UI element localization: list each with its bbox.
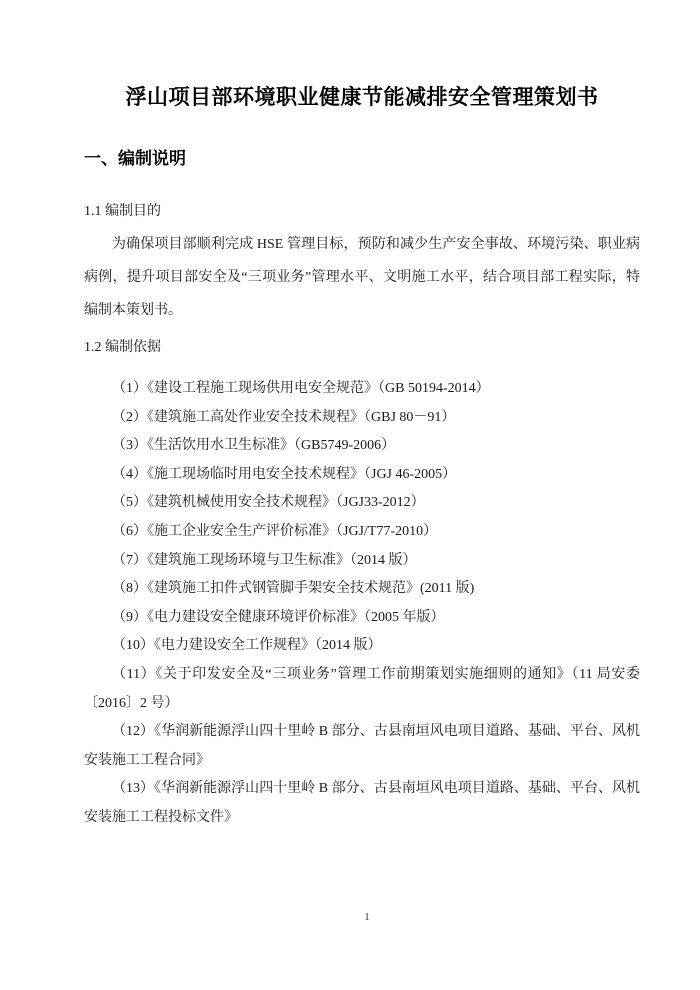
reference-item-1: （1）《建设工程施工现场供用电安全规范》（GB 50194-2014）	[84, 375, 640, 404]
subsection-1-1-heading: 1.1 编制目的	[84, 202, 640, 222]
subsection-1-2-heading: 1.2 编制依据	[84, 338, 640, 358]
document-page: 浮山项目部环境职业健康节能减排安全管理策划书 一、编制说明 1.1 编制目的 为…	[0, 0, 700, 990]
reference-item-11: （11）《关于印发安全及“三项业务”管理工作前期策划实施细则的通知》（11 局安…	[84, 661, 640, 718]
reference-item-9: （9）《电力建设安全健康环境评价标准》（2005 年版）	[84, 604, 640, 633]
page-number: 1	[0, 910, 700, 924]
reference-item-12: （12）《华润新能源浮山四十里岭 B 部分、古县南垣风电项目道路、基础、平台、风…	[84, 718, 640, 775]
reference-item-8: （8）《建筑施工扣件式钢管脚手架安全技术规范》(2011 版)	[84, 575, 640, 604]
purpose-paragraph: 为确保项目部顺利完成 HSE 管理目标，预防和减少生产安全事故、环境污染、职业病…	[84, 228, 640, 327]
reference-item-2: （2）《建筑施工高处作业安全技术规程》（GBJ 80－91）	[84, 404, 640, 433]
reference-item-10: （10）《电力建设安全工作规程》（2014 版）	[84, 632, 640, 661]
document-title: 浮山项目部环境职业健康节能减排安全管理策划书	[84, 82, 640, 112]
reference-item-6: （6）《施工企业安全生产评价标准》（JGJ/T77-2010）	[84, 518, 640, 547]
reference-item-5: （5）《建筑机械使用安全技术规程》（JGJ33-2012）	[84, 489, 640, 518]
reference-item-4: （4）《施工现场临时用电安全技术规程》（JGJ 46-2005）	[84, 461, 640, 490]
reference-list: （1）《建设工程施工现场供用电安全规范》（GB 50194-2014） （2）《…	[84, 375, 640, 833]
section-1-heading: 一、编制说明	[84, 148, 640, 170]
reference-item-3: （3）《生活饮用水卫生标准》（GB5749-2006）	[84, 432, 640, 461]
reference-item-13: （13）《华润新能源浮山四十里岭 B 部分、古县南垣风电项目道路、基础、平台、风…	[84, 775, 640, 832]
reference-item-7: （7）《建筑施工现场环境与卫生标准》（2014 版）	[84, 547, 640, 576]
